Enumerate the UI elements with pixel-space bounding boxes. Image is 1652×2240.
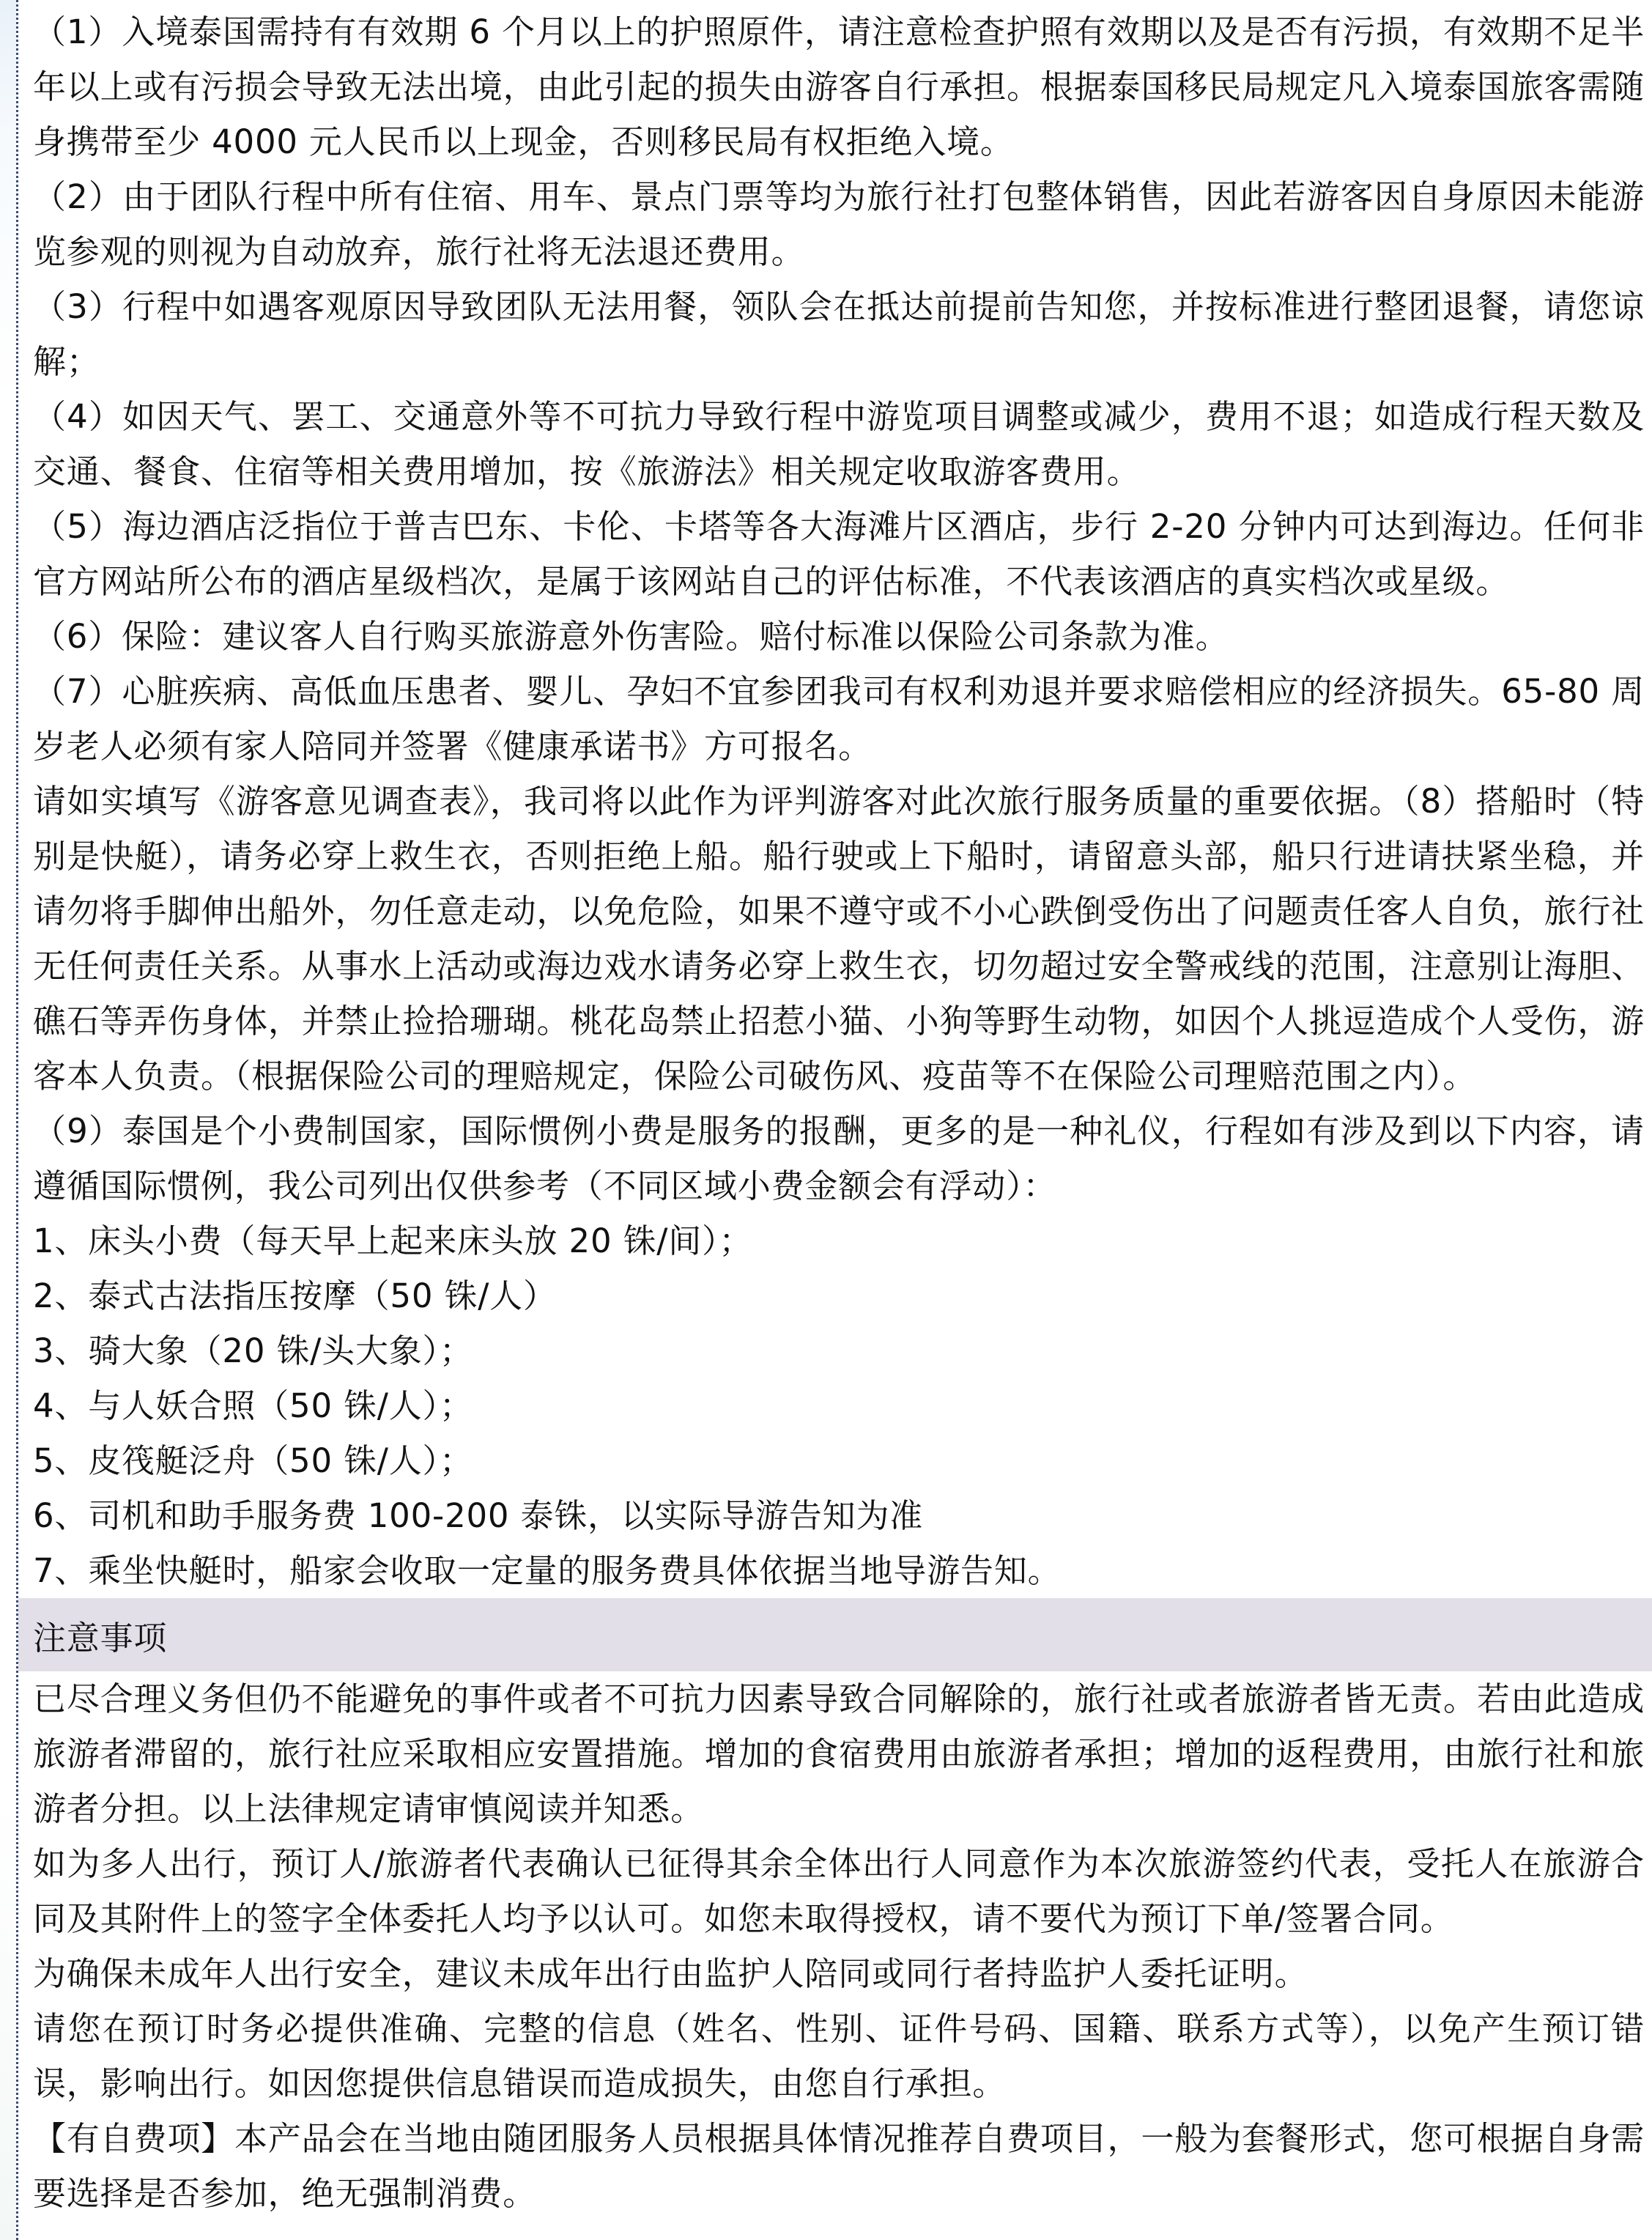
notice-header-label: 注意事项 bbox=[33, 1611, 167, 1659]
terms-paragraph: （5）海边酒店泛指位于普吉巴东、卡伦、卡塔等各大海滩片区酒店，步行 2-20 分… bbox=[18, 499, 1652, 609]
tip-item: 3、骑大象（20 铢/头大象）； bbox=[18, 1323, 1652, 1378]
terms-paragraph: （1）入境泰国需持有有效期 6 个月以上的护照原件，请注意检查护照有效期以及是否… bbox=[18, 4, 1652, 169]
tip-item: 7、乘坐快艇时，船家会收取一定量的服务费具体依据当地导游告知。 bbox=[18, 1543, 1652, 1598]
tip-item: 5、皮筏艇泛舟（50 铢/人）； bbox=[18, 1433, 1652, 1488]
tip-item: 1、床头小费（每天早上起来床头放 20 铢/间）； bbox=[18, 1213, 1652, 1268]
travel-terms-document: （1）入境泰国需持有有效期 6 个月以上的护照原件，请注意检查护照有效期以及是否… bbox=[16, 0, 1652, 2240]
page-left-gutter bbox=[0, 0, 16, 2240]
tip-item: 4、与人妖合照（50 铢/人）； bbox=[18, 1378, 1652, 1433]
tip-item: 2、泰式古法指压按摩（50 铢/人） bbox=[18, 1268, 1652, 1323]
notice-paragraph: 【有自费项】本产品会在当地由随团服务人员根据具体情况推荐自费项目，一般为套餐形式… bbox=[18, 2111, 1652, 2221]
notice-section: 已尽合理义务但仍不能避免的事件或者不可抗力因素导致合同解除的，旅行社或者旅游者皆… bbox=[18, 1671, 1652, 2221]
terms-paragraph: （6）保险：建议客人自行购买旅游意外伤害险。赔付标准以保险公司条款为准。 bbox=[18, 609, 1652, 664]
terms-paragraph: （3）行程中如遇客观原因导致团队无法用餐，领队会在抵达前提前告知您，并按标准进行… bbox=[18, 279, 1652, 389]
terms-paragraph: （4）如因天气、罢工、交通意外等不可抗力导致行程中游览项目调整或减少，费用不退；… bbox=[18, 389, 1652, 499]
terms-paragraph: （9）泰国是个小费制国家，国际惯例小费是服务的报酬，更多的是一种礼仪，行程如有涉… bbox=[18, 1104, 1652, 1213]
notice-paragraph: 已尽合理义务但仍不能避免的事件或者不可抗力因素导致合同解除的，旅行社或者旅游者皆… bbox=[18, 1671, 1652, 1836]
terms-paragraph: （7）心脏疾病、高低血压患者、婴儿、孕妇不宜参团我司有权利劝退并要求赔偿相应的经… bbox=[18, 664, 1652, 774]
notice-paragraph: 为确保未成年人出行安全，建议未成年出行由监护人陪同或同行者持监护人委托证明。 bbox=[18, 1946, 1652, 2001]
notice-paragraph: 请您在预订时务必提供准确、完整的信息（姓名、性别、证件号码、国籍、联系方式等），… bbox=[18, 2001, 1652, 2111]
terms-paragraph: （2）由于团队行程中所有住宿、用车、景点门票等均为旅行社打包整体销售，因此若游客… bbox=[18, 169, 1652, 279]
notice-header-band: 注意事项 bbox=[18, 1598, 1652, 1671]
terms-paragraph: 请如实填写《游客意见调查表》，我司将以此作为评判游客对此次旅行服务质量的重要依据… bbox=[18, 774, 1652, 1104]
notice-paragraph: 如为多人出行，预订人/旅游者代表确认已征得其余全体出行人同意作为本次旅游签约代表… bbox=[18, 1836, 1652, 1946]
tip-item: 6、司机和助手服务费 100-200 泰铢，以实际导游告知为准 bbox=[18, 1488, 1652, 1543]
terms-section: （1）入境泰国需持有有效期 6 个月以上的护照原件，请注意检查护照有效期以及是否… bbox=[18, 4, 1652, 1598]
